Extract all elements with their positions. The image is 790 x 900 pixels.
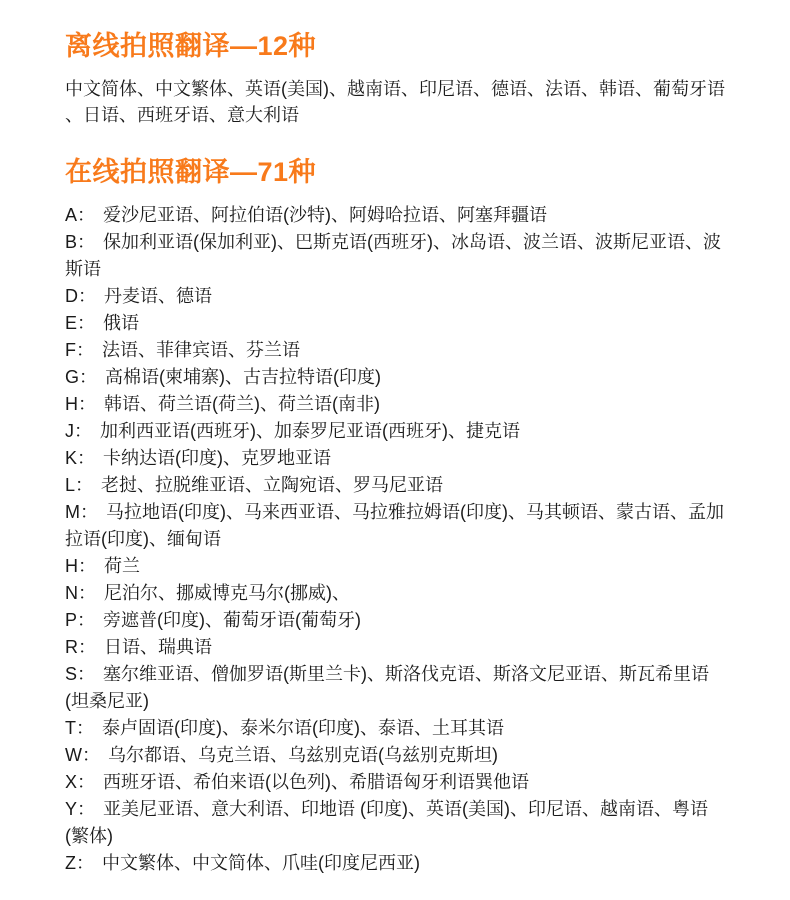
item-colon: ： — [78, 286, 96, 306]
item-colon: ： — [77, 313, 95, 333]
item-letter: B — [65, 232, 77, 252]
item-letter: W — [65, 745, 82, 765]
item-colon: ： — [74, 421, 92, 441]
item-letter: Z — [65, 853, 76, 873]
item-colon: ： — [76, 853, 94, 873]
item-letter: X — [65, 772, 77, 792]
item-languages: 法语、菲律宾语、芬兰语 — [102, 340, 300, 360]
item-languages: 泰卢固语(印度)、泰米尔语(印度)、泰语、土耳其语 — [102, 718, 504, 738]
item-languages: 老挝、拉脱维亚语、立陶宛语、罗马尼亚语 — [101, 475, 443, 495]
item-letter: A — [65, 205, 77, 225]
item-letter: R — [65, 637, 78, 657]
item-languages: 加利西亚语(西班牙)、加泰罗尼亚语(西班牙)、捷克语 — [100, 421, 520, 441]
item-colon: ： — [77, 772, 95, 792]
list-item: P：旁遮普(印度)、葡萄牙语(葡萄牙) — [65, 607, 727, 634]
item-letter: F — [65, 340, 76, 360]
list-item: N：尼泊尔、挪威博克马尔(挪威)、 — [65, 580, 727, 607]
offline-section-title: 离线拍照翻译—12种 — [65, 28, 727, 64]
item-languages: 尼泊尔、挪威博克马尔(挪威)、 — [104, 583, 350, 603]
document-page: 离线拍照翻译—12种 中文简体、中文繁体、英语(美国)、越南语、印尼语、德语、法… — [0, 0, 790, 877]
item-letter: Y — [65, 799, 77, 819]
list-item: S：塞尔维亚语、僧伽罗语(斯里兰卡)、斯洛伐克语、斯洛文尼亚语、斯瓦希里语(坦桑… — [65, 661, 727, 715]
item-languages: 日语、瑞典语 — [104, 637, 212, 657]
online-language-list: A：爱沙尼亚语、阿拉伯语(沙特)、阿姆哈拉语、阿塞拜疆语 B：保加利亚语(保加利… — [65, 202, 727, 877]
item-letter: N — [65, 583, 78, 603]
item-languages: 保加利亚语(保加利亚)、巴斯克语(西班牙)、冰岛语、波兰语、波斯尼亚语、波斯语 — [65, 232, 721, 279]
item-languages: 亚美尼亚语、意大利语、印地语 (印度)、英语(美国)、印尼语、越南语、粤语(繁体… — [65, 799, 708, 846]
item-letter: H — [65, 556, 78, 576]
item-languages: 卡纳达语(印度)、克罗地亚语 — [103, 448, 331, 468]
item-letter: H — [65, 394, 78, 414]
item-colon: ： — [78, 556, 96, 576]
online-section-title: 在线拍照翻译—71种 — [65, 154, 727, 190]
item-colon: ： — [77, 448, 95, 468]
item-languages: 韩语、荷兰语(荷兰)、荷兰语(南非) — [104, 394, 380, 414]
list-item: F：法语、菲律宾语、芬兰语 — [65, 337, 727, 364]
list-item: W：乌尔都语、乌克兰语、乌兹别克语(乌兹别克斯坦) — [65, 742, 727, 769]
item-languages: 丹麦语、德语 — [104, 286, 212, 306]
list-item: X：西班牙语、希伯来语(以色列)、希腊语匈牙利语巽他语 — [65, 769, 727, 796]
item-letter: P — [65, 610, 77, 630]
list-item: G：高棉语(柬埔寨)、古吉拉特语(印度) — [65, 364, 727, 391]
item-languages: 俄语 — [103, 313, 139, 333]
item-letter: D — [65, 286, 78, 306]
item-languages: 旁遮普(印度)、葡萄牙语(葡萄牙) — [103, 610, 361, 630]
item-colon: ： — [75, 475, 93, 495]
item-languages: 塞尔维亚语、僧伽罗语(斯里兰卡)、斯洛伐克语、斯洛文尼亚语、斯瓦希里语(坦桑尼亚… — [65, 664, 709, 711]
item-languages: 高棉语(柬埔寨)、古吉拉特语(印度) — [105, 367, 381, 387]
item-colon: ： — [82, 745, 100, 765]
list-item: H：韩语、荷兰语(荷兰)、荷兰语(南非) — [65, 391, 727, 418]
list-item: M：马拉地语(印度)、马来西亚语、马拉雅拉姆语(印度)、马其顿语、蒙古语、孟加拉… — [65, 499, 727, 553]
item-letter: J — [65, 421, 74, 441]
item-colon: ： — [77, 664, 95, 684]
item-languages: 荷兰 — [104, 556, 140, 576]
item-colon: ： — [79, 367, 97, 387]
list-item: H：荷兰 — [65, 553, 727, 580]
item-letter: L — [65, 475, 75, 495]
list-item: A：爱沙尼亚语、阿拉伯语(沙特)、阿姆哈拉语、阿塞拜疆语 — [65, 202, 727, 229]
item-languages: 爱沙尼亚语、阿拉伯语(沙特)、阿姆哈拉语、阿塞拜疆语 — [103, 205, 547, 225]
item-colon: ： — [78, 394, 96, 414]
item-colon: ： — [78, 637, 96, 657]
list-item: Z：中文繁体、中文简体、爪哇(印度尼西亚) — [65, 850, 727, 877]
item-colon: ： — [77, 205, 95, 225]
item-languages: 乌尔都语、乌克兰语、乌兹别克语(乌兹别克斯坦) — [108, 745, 498, 765]
item-letter: T — [65, 718, 76, 738]
item-colon: ： — [76, 718, 94, 738]
item-languages: 西班牙语、希伯来语(以色列)、希腊语匈牙利语巽他语 — [103, 772, 529, 792]
item-colon: ： — [77, 799, 95, 819]
list-item: R：日语、瑞典语 — [65, 634, 727, 661]
list-item: J：加利西亚语(西班牙)、加泰罗尼亚语(西班牙)、捷克语 — [65, 418, 727, 445]
item-languages: 马拉地语(印度)、马来西亚语、马拉雅拉姆语(印度)、马其顿语、蒙古语、孟加拉语(… — [65, 502, 724, 549]
list-item: T：泰卢固语(印度)、泰米尔语(印度)、泰语、土耳其语 — [65, 715, 727, 742]
list-item: D：丹麦语、德语 — [65, 283, 727, 310]
item-colon: ： — [77, 610, 95, 630]
list-item: L：老挝、拉脱维亚语、立陶宛语、罗马尼亚语 — [65, 472, 727, 499]
item-letter: E — [65, 313, 77, 333]
item-colon: ： — [76, 340, 94, 360]
item-letter: G — [65, 367, 79, 387]
list-item: K：卡纳达语(印度)、克罗地亚语 — [65, 445, 727, 472]
list-item: B：保加利亚语(保加利亚)、巴斯克语(西班牙)、冰岛语、波兰语、波斯尼亚语、波斯… — [65, 229, 727, 283]
item-letter: S — [65, 664, 77, 684]
item-letter: M — [65, 502, 80, 522]
list-item: E：俄语 — [65, 310, 727, 337]
item-letter: K — [65, 448, 77, 468]
list-item: Y：亚美尼亚语、意大利语、印地语 (印度)、英语(美国)、印尼语、越南语、粤语(… — [65, 796, 727, 850]
item-colon: ： — [80, 502, 98, 522]
item-colon: ： — [78, 583, 96, 603]
item-colon: ： — [77, 232, 95, 252]
item-languages: 中文繁体、中文简体、爪哇(印度尼西亚) — [102, 853, 420, 873]
offline-languages-text: 中文简体、中文繁体、英语(美国)、越南语、印尼语、德语、法语、韩语、葡萄牙语、日… — [65, 76, 727, 128]
